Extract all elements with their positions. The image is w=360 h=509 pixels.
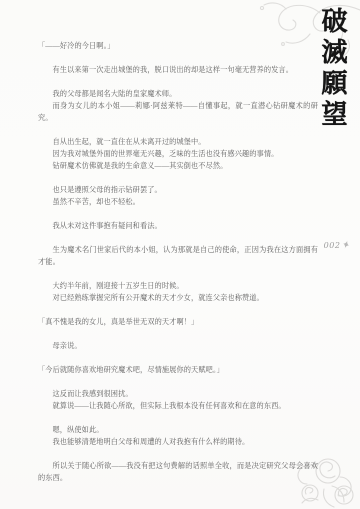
paragraph: 「——好冷的今日啊。」	[38, 40, 318, 52]
paragraph: 大约半年前，刚迎接十五岁生日的时候。	[38, 280, 318, 292]
book-title-vertical: 破滅願望	[314, 7, 351, 131]
paragraph: 有生以来第一次走出城堡的我，脱口说出的却是这样一句毫无营养的发言。	[38, 64, 318, 76]
paragraph: 也只是遵照父母的指示钻研罢了。	[38, 184, 318, 196]
sparkle-icon: ✦	[341, 239, 352, 252]
paragraph: 对已经熟练掌握完所有公开魔术的天才少女，就连父亲也称赞道。	[38, 292, 318, 304]
paragraph: 我也能够清楚地明白父母和周遭的人对我抱有什么样的期待。	[38, 436, 318, 448]
paragraph: 而身为女儿的本小姐——莉娜·阿兹莱特——自懂事起，就一直潜心钻研魔术的研究。	[38, 100, 318, 124]
paragraph: 自从出生起，就一直住在从未离开过的城堡中。	[38, 136, 318, 148]
paragraph: 生为魔术名门世家后代的本小姐，认为那就是自己的使命，正因为我在这方面拥有才能。	[38, 244, 318, 268]
paragraph: 就算说——让我随心所欲，但实际上我根本没有任何喜欢和在意的东西。	[38, 400, 318, 412]
page-number-area: 002 ✦	[324, 241, 350, 250]
paragraph: 我的父母都是闻名大陆的皇家魔术师。	[38, 88, 318, 100]
paragraph: 因为我对城堡外面的世界毫无兴趣，乏味的生活也没有感兴趣的事情。	[38, 148, 318, 160]
paragraph: 嗯，纵使如此。	[38, 424, 318, 436]
paragraph: 我从未对这件事抱有疑问和看法。	[38, 220, 318, 232]
paragraph: 「真不愧是我的女儿，真是举世无双的天才啊！」	[38, 316, 318, 328]
book-page: 破滅願望 002 ✦ 「——好冷的今日啊。」 有生以来第一次走出城堡的我，脱口说…	[0, 0, 360, 509]
paragraph: 「今后就随你喜欢地研究魔术吧，尽情施展你的天赋吧。」	[38, 364, 318, 376]
paragraph: 母亲说。	[38, 340, 318, 352]
paragraph: 所以关于随心所欲——我没有把这句费解的话照单全收，而是决定研究父母会喜欢的东西。	[38, 460, 318, 484]
paragraph: 这反而让我感到很困扰。	[38, 388, 318, 400]
body-text: 「——好冷的今日啊。」 有生以来第一次走出城堡的我，脱口说出的却是这样一句毫无营…	[38, 40, 318, 484]
page-number: 002	[324, 241, 341, 250]
paragraph: 虽然不辛苦，却也不轻松。	[38, 196, 318, 208]
paragraph: 钻研魔术仿佛就是我的生命意义——其实倒也不尽然。	[38, 160, 318, 172]
